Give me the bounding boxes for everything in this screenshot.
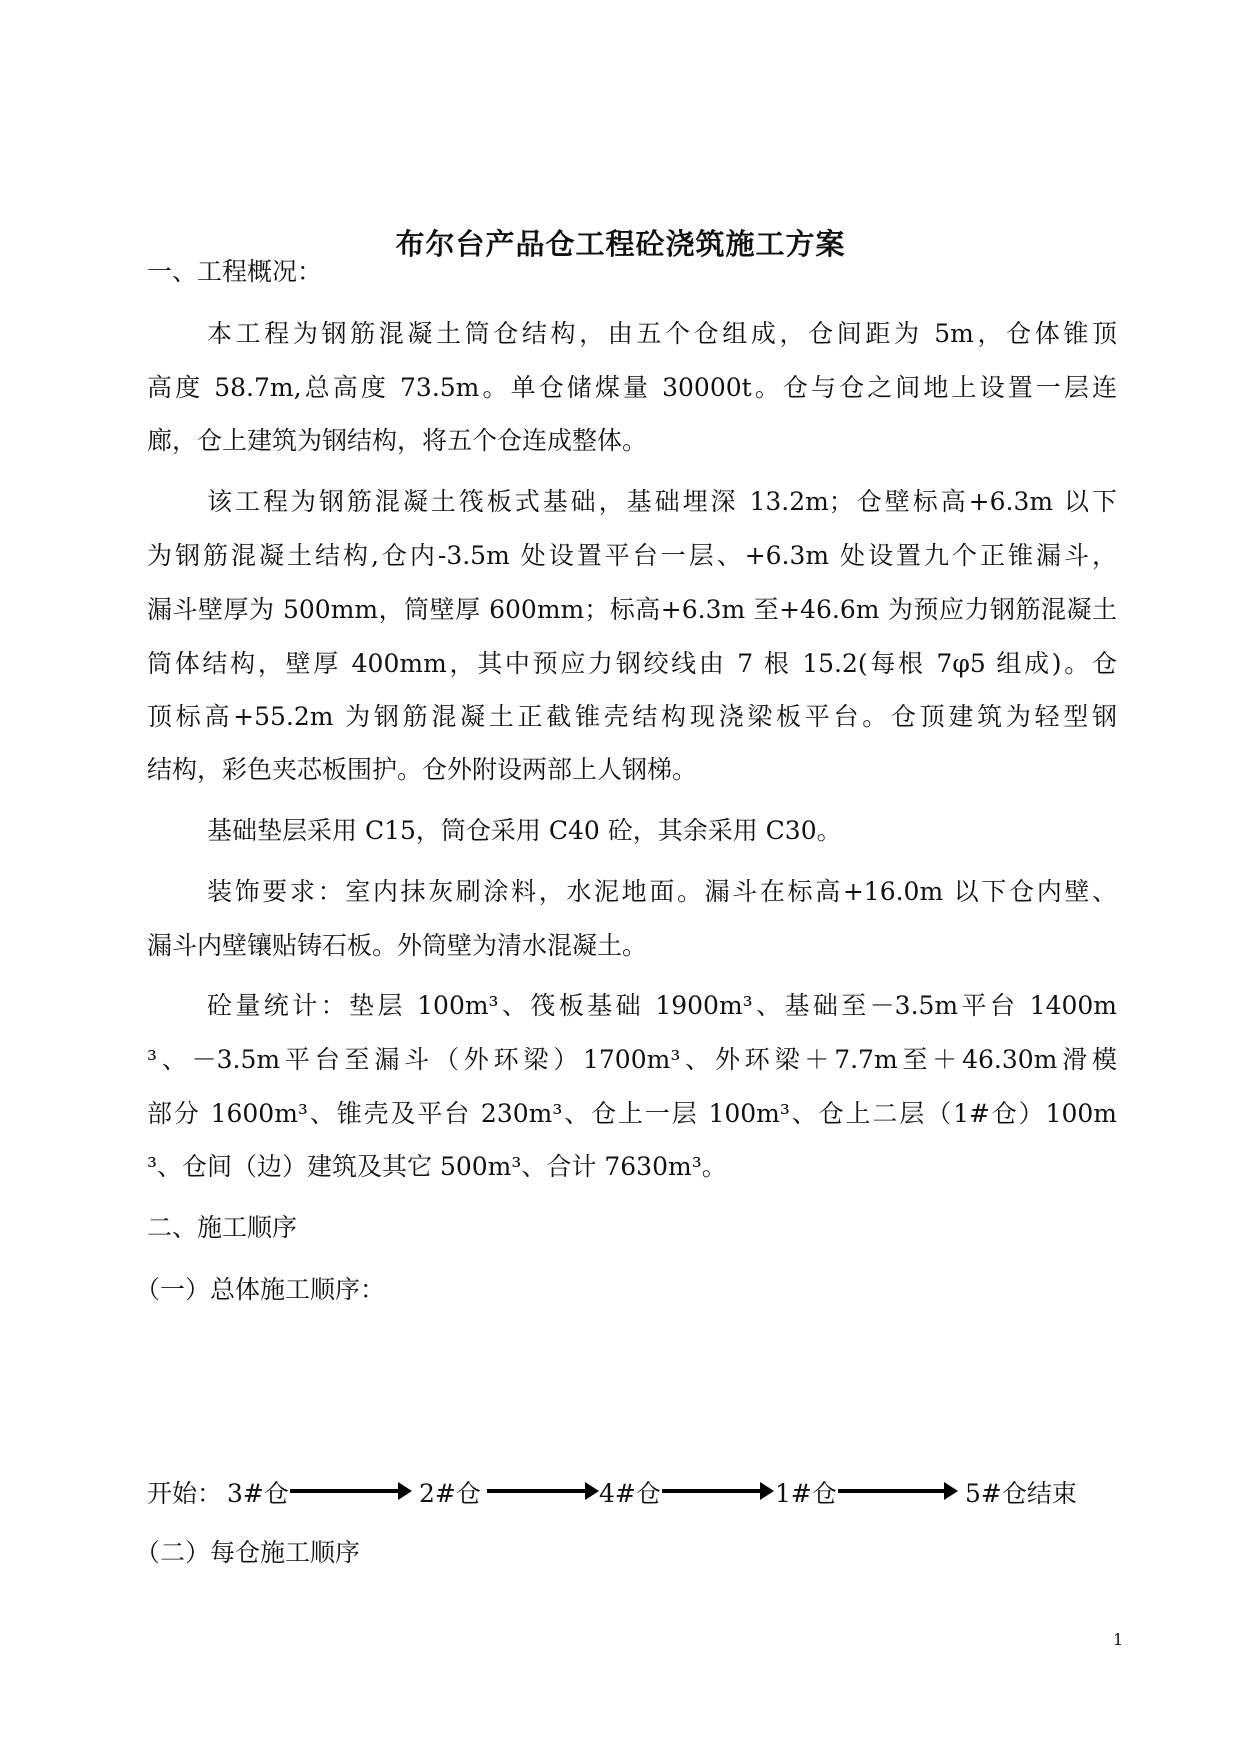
paragraph-line: 砼量统计：垫层 100m³、筏板基础 1900m³、基础至－3.5m平台 140… xyxy=(207,990,1117,1022)
paragraph-line: 该工程为钢筋混凝土筏板式基础，基础埋深 13.2m；仓壁标高+6.3m 以下 xyxy=(207,486,1117,518)
paragraph-line: 基础垫层采用 C15，筒仓采用 C40 砼，其余采用 C30。 xyxy=(207,815,1117,847)
arrow-right-icon xyxy=(487,1489,587,1493)
paragraph-line: ³、仓间（边）建筑及其它 500m³、合计 7630m³。 xyxy=(147,1151,1117,1183)
construction-sequence-flow: 开始： 3#仓 2#仓 4#仓 1#仓 5#仓结束 xyxy=(147,1474,1147,1510)
arrow-right-icon xyxy=(838,1489,946,1493)
flow-step: 4#仓 xyxy=(599,1474,661,1510)
paragraph-line: 筒体结构，壁厚 400mm，其中预应力钢绞线由 7 根 15.2(每根 7φ5 … xyxy=(147,648,1117,680)
page-number: 1 xyxy=(1113,1630,1123,1649)
section-heading-overview: 一、工程概况： xyxy=(147,256,322,288)
paragraph-line: 装饰要求：室内抹灰刷涂料，水泥地面。漏斗在标高+16.0m 以下仓内壁、 xyxy=(207,876,1117,908)
flow-step: 1#仓 xyxy=(775,1474,837,1510)
paragraph-line: 漏斗壁厚为 500mm，筒壁厚 600mm；标高+6.3m 至+46.6m 为预… xyxy=(147,594,1117,626)
paragraph-line: 顶标高+55.2m 为钢筋混凝土正截锥壳结构现浇梁板平台。仓顶建筑为轻型钢 xyxy=(147,701,1117,733)
paragraph-line: 本工程为钢筋混凝土筒仓结构，由五个仓组成，仓间距为 5m，仓体锥顶 xyxy=(207,318,1117,350)
paragraph-line: 部分 1600m³、锥壳及平台 230m³、仓上一层 100m³、仓上二层（1#… xyxy=(147,1098,1117,1130)
subheading-per-bin-sequence: （二）每仓施工顺序 xyxy=(135,1537,360,1569)
document-page: 布尔台产品仓工程砼浇筑施工方案 一、工程概况： 本工程为钢筋混凝土筒仓结构，由五… xyxy=(0,0,1241,1754)
section-heading-sequence: 二、施工顺序 xyxy=(147,1212,297,1244)
flow-start-label: 开始： xyxy=(147,1474,222,1510)
flow-step: 3#仓 xyxy=(227,1474,289,1510)
paragraph-line: 为钢筋混凝土结构,仓内-3.5m 处设置平台一层、+6.3m 处设置九个正锥漏斗… xyxy=(147,540,1117,572)
subheading-overall-sequence: （一）总体施工顺序： xyxy=(135,1274,385,1306)
paragraph-line: 漏斗内壁镶贴铸石板。外筒壁为清水混凝土。 xyxy=(147,930,1117,962)
arrow-right-icon xyxy=(662,1489,762,1493)
flow-step: 5#仓结束 xyxy=(965,1474,1077,1510)
flow-step: 2#仓 xyxy=(419,1474,481,1510)
arrow-right-icon xyxy=(290,1489,400,1493)
paragraph-line: 结构，彩色夹芯板围护。仓外附设两部上人钢梯。 xyxy=(147,754,1117,786)
paragraph-line: ³、－3.5m平台至漏斗（外环梁）1700m³、外环梁＋7.7m至＋46.30m… xyxy=(147,1044,1117,1076)
paragraph-line: 高度 58.7m,总高度 73.5m。单仓储煤量 30000t。仓与仓之间地上设… xyxy=(147,372,1117,404)
paragraph-line: 廊，仓上建筑为钢结构，将五个仓连成整体。 xyxy=(147,425,1117,457)
